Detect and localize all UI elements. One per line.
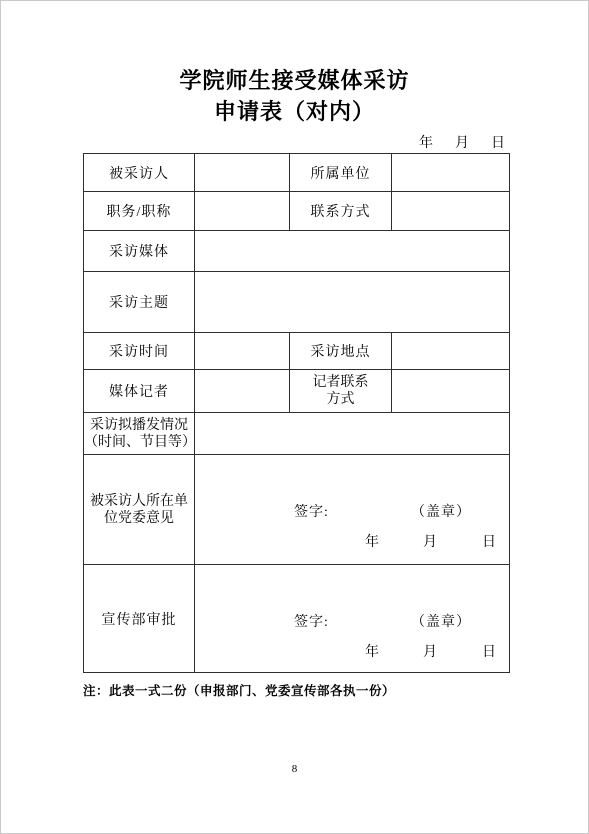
topic-label: 采访主题 xyxy=(84,272,195,333)
table-row: 采访时间 采访地点 xyxy=(84,333,510,370)
time-field[interactable] xyxy=(195,333,290,370)
table-row: 宣传部审批 签字: （盖章） 年 月 日 xyxy=(84,565,510,673)
page-title: 学院师生接受媒体采访 申请表（对内） xyxy=(1,65,588,127)
table-row: 被采访人所在单 位党委意见 签字: （盖章） 年 月 日 xyxy=(84,455,510,565)
reporter-contact-label-line2: 方式 xyxy=(290,391,391,408)
signature-label: 签字: xyxy=(294,501,329,521)
document-page: 学院师生接受媒体采访 申请表（对内） 年 月 日 被采访人 所属单位 职务/职称… xyxy=(0,0,589,834)
sign-year-label: 年 xyxy=(365,531,380,551)
party-committee-signature-area[interactable]: 签字: （盖章） 年 月 日 xyxy=(195,455,510,565)
seal-label: （盖章） xyxy=(411,501,471,521)
page-title-line1: 学院师生接受媒体采访 xyxy=(1,65,588,96)
date-year-label: 年 xyxy=(419,132,433,152)
time-label: 采访时间 xyxy=(84,333,195,370)
unit-field[interactable] xyxy=(392,154,510,192)
table-row: 采访主题 xyxy=(84,272,510,333)
table-row: 被采访人 所属单位 xyxy=(84,154,510,192)
broadcast-plan-label-line1: 采访拟播发情况 xyxy=(84,417,194,434)
table-row: 职务/职称 联系方式 xyxy=(84,192,510,231)
table-row: 采访媒体 xyxy=(84,231,510,272)
application-form-table: 被采访人 所属单位 职务/职称 联系方式 采访媒体 采访主题 采访时间 xyxy=(83,153,510,673)
location-label: 采访地点 xyxy=(290,333,392,370)
party-committee-opinion-label-line1: 被采访人所在单 xyxy=(84,493,194,510)
page-number: 8 xyxy=(1,763,588,775)
sign-day-label: 日 xyxy=(482,531,497,551)
sign-day-label: 日 xyxy=(482,641,497,661)
seal-label: （盖章） xyxy=(411,611,471,631)
propaganda-signature-area[interactable]: 签字: （盖章） 年 月 日 xyxy=(195,565,510,673)
reporter-contact-label-line1: 记者联系 xyxy=(290,374,391,391)
media-field[interactable] xyxy=(195,231,510,272)
position-field[interactable] xyxy=(195,192,290,231)
footnote: 注：此表一式二份（申报部门、党委宣传部各执一份） xyxy=(83,681,395,699)
reporter-contact-field[interactable] xyxy=(392,370,510,413)
sign-month-label: 月 xyxy=(423,531,438,551)
position-label: 职务/职称 xyxy=(84,192,195,231)
contact-label: 联系方式 xyxy=(290,192,392,231)
sign-month-label: 月 xyxy=(423,641,438,661)
table-row: 媒体记者 记者联系 方式 xyxy=(84,370,510,413)
reporter-field[interactable] xyxy=(195,370,290,413)
reporter-contact-label: 记者联系 方式 xyxy=(290,370,392,413)
interviewee-label: 被采访人 xyxy=(84,154,195,192)
topic-field[interactable] xyxy=(195,272,510,333)
broadcast-plan-label-line2: （时间、节目等） xyxy=(84,434,194,451)
sign-year-label: 年 xyxy=(365,641,380,661)
interviewee-field[interactable] xyxy=(195,154,290,192)
table-row: 采访拟播发情况 （时间、节目等） xyxy=(84,413,510,455)
unit-label: 所属单位 xyxy=(290,154,392,192)
broadcast-plan-label: 采访拟播发情况 （时间、节目等） xyxy=(84,413,195,455)
party-committee-opinion-label: 被采访人所在单 位党委意见 xyxy=(84,455,195,565)
date-month-label: 月 xyxy=(455,132,469,152)
location-field[interactable] xyxy=(392,333,510,370)
page-title-line2: 申请表（对内） xyxy=(1,96,588,127)
party-committee-opinion-label-line2: 位党委意见 xyxy=(84,510,194,527)
reporter-label: 媒体记者 xyxy=(84,370,195,413)
contact-field[interactable] xyxy=(392,192,510,231)
propaganda-approval-label: 宣传部审批 xyxy=(84,565,195,673)
date-day-label: 日 xyxy=(491,132,505,152)
signature-label: 签字: xyxy=(294,611,329,631)
media-label: 采访媒体 xyxy=(84,231,195,272)
broadcast-plan-field[interactable] xyxy=(195,413,510,455)
